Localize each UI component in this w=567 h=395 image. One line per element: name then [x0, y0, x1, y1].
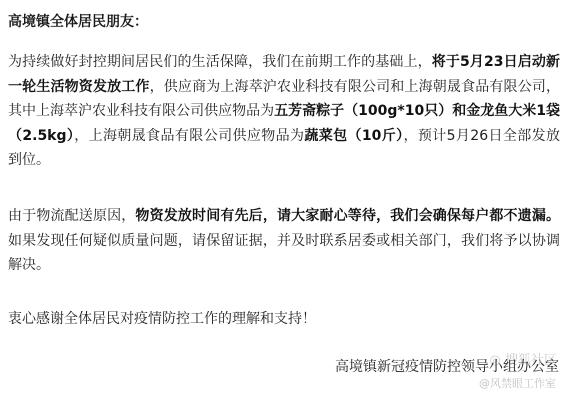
- greeting-heading: 高境镇全体居民朋友：: [8, 11, 148, 31]
- bold-patience-note: 物资发放时间有先后，请大家耐心等待，我们会确保每户都不遗漏。: [135, 208, 560, 224]
- watermark-handle: @风禁眼工作室: [479, 375, 556, 391]
- paragraph-logistics: 由于物流配送原因，物资发放时间有先后，请大家耐心等待，我们会确保每户都不遗漏。如…: [8, 204, 560, 278]
- text-segment: ，上海朝晟食品有限公司供应物品为: [74, 128, 304, 144]
- text-segment: 为持续做好封控期间居民们的生活保障，我们在前期工作的基础上，: [8, 54, 432, 70]
- paragraph-thanks: 衷心感谢全体居民对疫情防控工作的理解和支持！: [8, 307, 560, 332]
- signature: 高境镇新冠疫情防控领导小组办公室: [335, 356, 559, 376]
- text-segment: 如果发现任何疑似质量问题，请保留证据，并及时联系居委或相关部门，我们将予以协调解…: [8, 233, 560, 274]
- paragraph-distribution-plan: 为持续做好封控期间居民们的生活保障，我们在前期工作的基础上，将于5月23日启动新…: [8, 50, 560, 173]
- text-segment: 由于物流配送原因，: [8, 208, 135, 224]
- bold-vegetable-pack: 蔬菜包（10斤）: [304, 128, 403, 144]
